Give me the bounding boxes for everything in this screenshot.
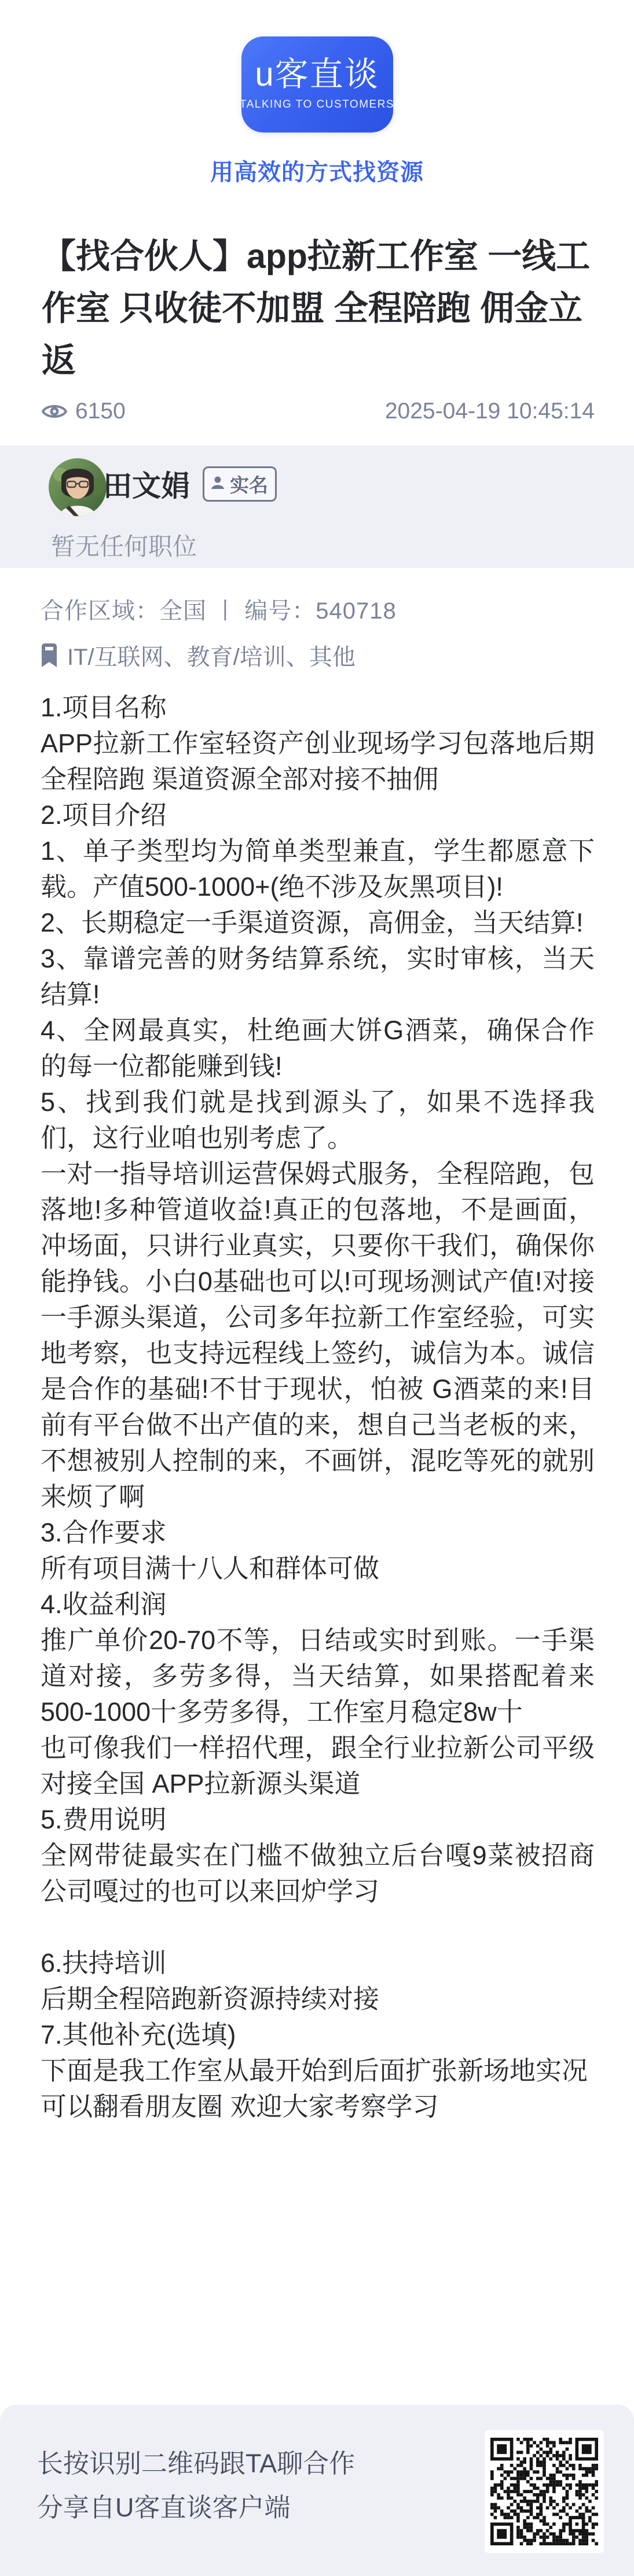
author-name-row: 田文娟 实名 [103, 463, 277, 505]
body-paragraph: 3、靠谱完善的财务结算系统，实时审核，当天结算! [41, 941, 595, 1013]
body-paragraph: 全网带徒最实在门槛不做独立后台嘎9菜被招商公司嘎过的也可以来回炉学习 [41, 1838, 595, 1909]
footer-text: 长按识别二维码跟TA聊合作 分享自U客直谈客户端 [37, 2442, 355, 2530]
share-footer: 长按识别二维码跟TA聊合作 分享自U客直谈客户端 [0, 2405, 634, 2576]
post-title: 【找合伙人】app拉新工作室 一线工作室 只收徒不加盟 全程陪跑 佣金立返 [42, 230, 593, 387]
body-paragraph: 也可像我们一样招代理，跟全行业拉新公司平级对接全国 APP拉新源头渠道 [41, 1730, 595, 1802]
view-count: 6150 [42, 399, 126, 424]
body-paragraph: 一对一指导培训运营保姆式服务，全程陪跑，包落地!多种管道收益!真正的包落地，不是… [41, 1156, 595, 1515]
stats-row: 6150 2025-04-19 10:45:14 [42, 398, 595, 425]
body-paragraph: 6.扶持培训 [41, 1945, 595, 1981]
realname-badge-label: 实名 [230, 470, 268, 498]
person-icon [210, 473, 225, 495]
post-timestamp: 2025-04-19 10:45:14 [385, 399, 595, 424]
body-paragraph: 2、长期稳定一手渠道资源，高佣金，当天结算! [41, 905, 595, 941]
qr-code[interactable] [485, 2430, 604, 2553]
avatar [49, 458, 107, 516]
realname-badge: 实名 [203, 466, 277, 502]
category-tags-label: IT/互联网、教育/培训、其他 [67, 639, 356, 672]
author-position: 暂无任何职位 [51, 528, 197, 562]
body-paragraph: APP拉新工作室轻资产创业现场学习包落地后期全程陪跑 渠道资源全部对接不抽佣 [41, 726, 595, 797]
body-paragraph: 下面是我工作室从最开始到后面扩张新场地实况 [41, 2053, 595, 2089]
body-paragraph: 5.费用说明 [41, 1802, 595, 1838]
app-tagline: 用高效的方式找资源 [0, 154, 634, 187]
share-page: u客直谈 TALKING TO CUSTOMERS 用高效的方式找资源 【找合伙… [0, 0, 634, 2576]
body-paragraph: 5、找到我们就是找到源头了，如果不选择我们，这行业咱也别考虑了。 [41, 1084, 595, 1156]
body-paragraph: 推广单价20-70不等，日结或实时到账。一手渠道对接，多劳多得，当天结算，如果搭… [41, 1622, 595, 1730]
body-paragraph: 所有项目满十八人和群体可做 [41, 1551, 595, 1587]
app-logo-name: u客直谈 [255, 58, 379, 91]
eye-icon [42, 402, 67, 421]
post-body: 1.项目名称APP拉新工作室轻资产创业现场学习包落地后期全程陪跑 渠道资源全部对… [41, 690, 595, 2125]
bookmark-icon [39, 643, 59, 668]
body-paragraph: 7.其他补充(选填) [41, 2017, 595, 2053]
body-paragraph: 4、全网最真实，杜绝画大饼G酒菜，确保合作的每一位都能赚到钱! [41, 1013, 595, 1084]
region-line: 合作区域：全国 丨 编号：540718 [41, 593, 397, 625]
view-count-value: 6150 [75, 399, 126, 424]
body-paragraph: 后期全程陪跑新资源持续对接 [41, 1981, 595, 2017]
app-logo: u客直谈 TALKING TO CUSTOMERS [241, 36, 393, 133]
app-logo-slogan-en: TALKING TO CUSTOMERS [240, 98, 394, 111]
body-paragraph: 1、单子类型均为简单类型兼直，学生都愿意下载。产值500-1000+(绝不涉及灰… [41, 833, 595, 905]
body-paragraph: 4.收益利润 [41, 1587, 595, 1622]
footer-source-line: 分享自U客直谈客户端 [37, 2486, 355, 2530]
body-paragraph [41, 1909, 595, 1945]
body-paragraph: 3.合作要求 [41, 1515, 595, 1551]
body-paragraph: 1.项目名称 [41, 690, 595, 726]
author-card: 田文娟 实名 暂无任何职位 [0, 446, 634, 568]
body-paragraph: 可以翻看朋友圈 欢迎大家考察学习 [41, 2089, 595, 2125]
body-paragraph: 2.项目介绍 [41, 797, 595, 833]
author-name: 田文娟 [103, 463, 190, 505]
footer-hint-line: 长按识别二维码跟TA聊合作 [37, 2442, 355, 2486]
category-tags: IT/互联网、教育/培训、其他 [39, 639, 356, 672]
